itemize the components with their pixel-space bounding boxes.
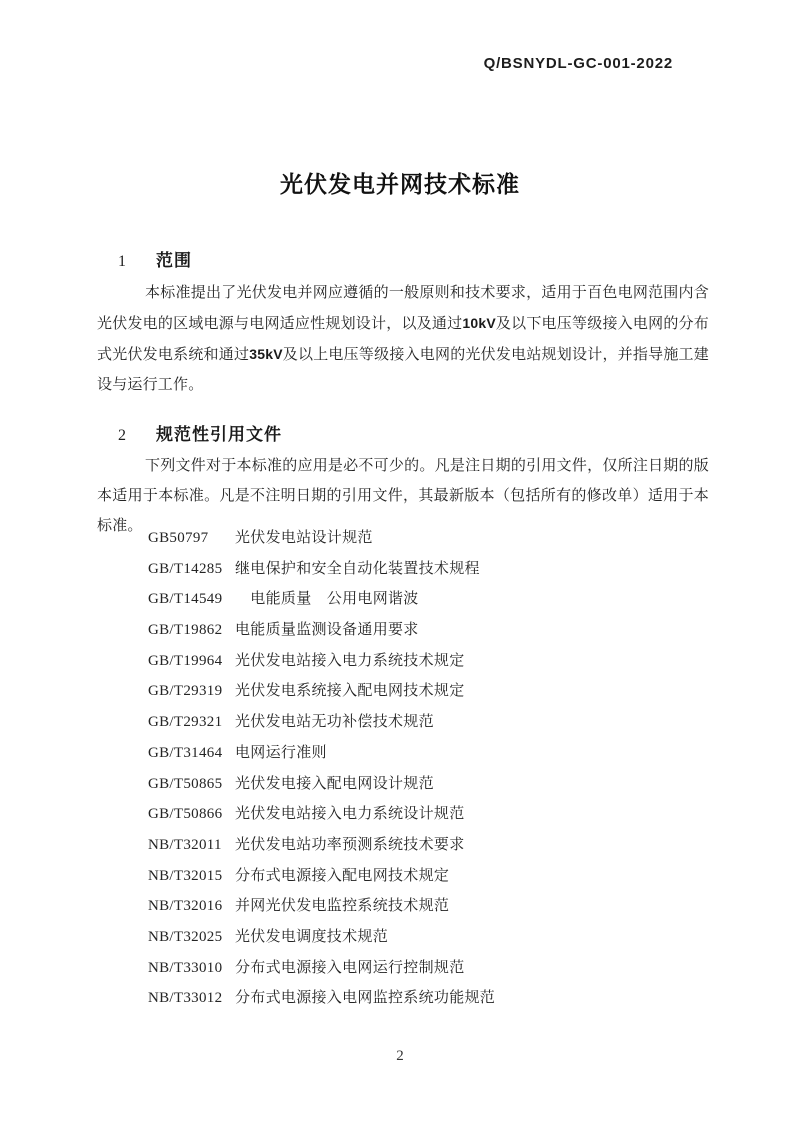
reference-row: GB/T50866 光伏发电站接入电力系统设计规范: [148, 802, 708, 833]
scope-paragraph: 本标准提出了光伏发电并网应遵循的一般原则和技术要求，适用于百色电网范围内含光伏发…: [97, 278, 709, 400]
reference-row: NB/T32025 光伏发电调度技术规范: [148, 925, 708, 956]
reference-row: GB/T19964 光伏发电站接入电力系统技术规定: [148, 649, 708, 680]
reference-title: 分布式电源接入电网运行控制规范: [235, 956, 465, 977]
reference-code: NB/T32011: [148, 837, 235, 854]
reference-title: 电能质量监测设备通用要求: [235, 618, 419, 639]
section-1-title: 范围: [156, 246, 192, 271]
reference-row: GB/T31464 电网运行准则: [148, 741, 708, 772]
reference-code: GB/T31464: [148, 745, 235, 762]
reference-title: 光伏发电系统接入配电网技术规定: [235, 679, 465, 700]
reference-code: GB50797: [148, 530, 235, 547]
reference-title: 光伏发电站无功补偿技术规范: [235, 710, 434, 731]
reference-title: 光伏发电站功率预测系统技术要求: [235, 833, 465, 854]
reference-title: 继电保护和安全自动化装置技术规程: [235, 557, 480, 578]
reference-title: 光伏发电调度技术规范: [235, 925, 388, 946]
section-2-title: 规范性引用文件: [156, 420, 282, 445]
voltage-35kv-text: 35kV: [249, 346, 283, 362]
reference-row: NB/T32011 光伏发电站功率预测系统技术要求: [148, 833, 708, 864]
reference-title: 电能质量 公用电网谐波: [235, 587, 419, 608]
standard-code-header: Q/BSNYDL-GC-001-2022: [484, 55, 673, 72]
reference-row: NB/T32016 并网光伏发电监控系统技术规范: [148, 894, 708, 925]
reference-row: GB50797 光伏发电站设计规范: [148, 526, 708, 557]
reference-code: GB/T29321: [148, 714, 235, 731]
references-list: GB50797 光伏发电站设计规范 GB/T14285 继电保护和安全自动化装置…: [148, 526, 708, 1017]
reference-title: 电网运行准则: [235, 741, 327, 762]
reference-title: 光伏发电接入配电网设计规范: [235, 772, 434, 793]
reference-row: GB/T19862 电能质量监测设备通用要求: [148, 618, 708, 649]
reference-title: 并网光伏发电监控系统技术规范: [235, 894, 449, 915]
section-1-number: 1: [118, 253, 156, 271]
section-1-heading: 1 范围: [118, 246, 192, 271]
reference-title: 光伏发电站设计规范: [235, 526, 373, 547]
document-title: 光伏发电并网技术标准: [0, 166, 800, 199]
reference-row: GB/T14549 电能质量 公用电网谐波: [148, 587, 708, 618]
reference-row: GB/T50865 光伏发电接入配电网设计规范: [148, 772, 708, 803]
page-number: 2: [0, 1048, 800, 1065]
reference-title: 分布式电源接入配电网技术规定: [235, 864, 449, 885]
reference-row: NB/T32015 分布式电源接入配电网技术规定: [148, 864, 708, 895]
reference-row: NB/T33010 分布式电源接入电网运行控制规范: [148, 956, 708, 987]
section-2-heading: 2 规范性引用文件: [118, 420, 282, 445]
section-2-number: 2: [118, 427, 156, 445]
reference-code: NB/T32015: [148, 868, 235, 885]
reference-code: GB/T14285: [148, 561, 235, 578]
reference-code: NB/T32016: [148, 898, 235, 915]
reference-title: 光伏发电站接入电力系统设计规范: [235, 802, 465, 823]
reference-code: NB/T33010: [148, 960, 235, 977]
reference-code: GB/T14549: [148, 591, 235, 608]
reference-title: 光伏发电站接入电力系统技术规定: [235, 649, 465, 670]
voltage-10kv-text: 10kV: [462, 315, 496, 331]
reference-code: GB/T19862: [148, 622, 235, 639]
reference-title: 分布式电源接入电网监控系统功能规范: [235, 986, 495, 1007]
reference-code: NB/T33012: [148, 990, 235, 1007]
reference-code: GB/T29319: [148, 683, 235, 700]
reference-row: GB/T29319 光伏发电系统接入配电网技术规定: [148, 679, 708, 710]
reference-row: NB/T33012 分布式电源接入电网监控系统功能规范: [148, 986, 708, 1017]
reference-row: GB/T29321 光伏发电站无功补偿技术规范: [148, 710, 708, 741]
reference-code: GB/T50866: [148, 806, 235, 823]
document-page: Q/BSNYDL-GC-001-2022 光伏发电并网技术标准 1 范围 本标准…: [0, 0, 800, 1131]
reference-code: GB/T50865: [148, 776, 235, 793]
reference-row: GB/T14285 继电保护和安全自动化装置技术规程: [148, 557, 708, 588]
reference-code: NB/T32025: [148, 929, 235, 946]
reference-code: GB/T19964: [148, 653, 235, 670]
